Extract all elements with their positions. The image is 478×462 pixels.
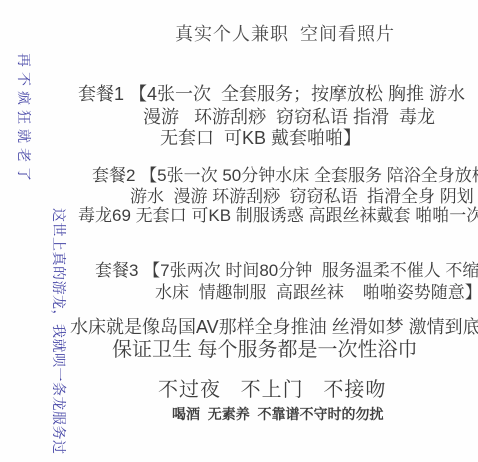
rules-line: 不过夜 不上门 不接吻 — [158, 379, 386, 402]
hygiene-note-line: 保证卫生 每个服务都是一次性浴巾 — [112, 339, 418, 362]
package2-line2: 游水 漫游 环游刮痧 窃窃私语 指滑全身 阴划 — [130, 187, 474, 207]
package2-line3: 毒龙69 无套口 可KB 制服诱惑 高跟丝袜戴套 啪啪一次】 — [78, 206, 478, 226]
vertical-slogan-bottom-left: 这世上真的游龙，我就呗一条龙服务过 — [52, 208, 66, 462]
package3-line1: 套餐3 【7张两次 时间80分钟 服务温柔不催人 不缩水 — [95, 261, 478, 281]
header-real-parttime-label: 真实个人兼职 — [175, 20, 289, 46]
package2-line1: 套餐2 【5张一次 50分钟水床 全套服务 陪浴全身放松 胸推 — [92, 166, 478, 186]
vertical-slogan-top-left: 再不疯狂就老了 — [17, 53, 31, 203]
header-qzone-photos-label: 空间看照片 — [300, 20, 395, 46]
flyer-canvas: 再不疯狂就老了 这世上真的游龙，我就呗一条龙服务过 真实个人兼职 空间看照片 套… — [0, 0, 478, 462]
package1-line1: 套餐1 【4张一次 全套服务；按摩放松 胸推 游水 — [78, 84, 465, 105]
package3-line2: 水床 情趣制服 高跟丝袜 啪啪姿势随意】 — [155, 283, 478, 303]
massage-note-line: 水床就是像岛国AV那样全身推油 丝滑如梦 激情到底 — [70, 317, 478, 338]
warning-line: 喝酒 无素养 不靠谱不守时的勿扰 — [172, 406, 384, 422]
package1-line2: 漫游 环游刮痧 窃窃私语 指滑 毒龙 — [143, 107, 435, 128]
package1-line3: 无套口 可KB 戴套啪啪】 — [160, 128, 361, 149]
